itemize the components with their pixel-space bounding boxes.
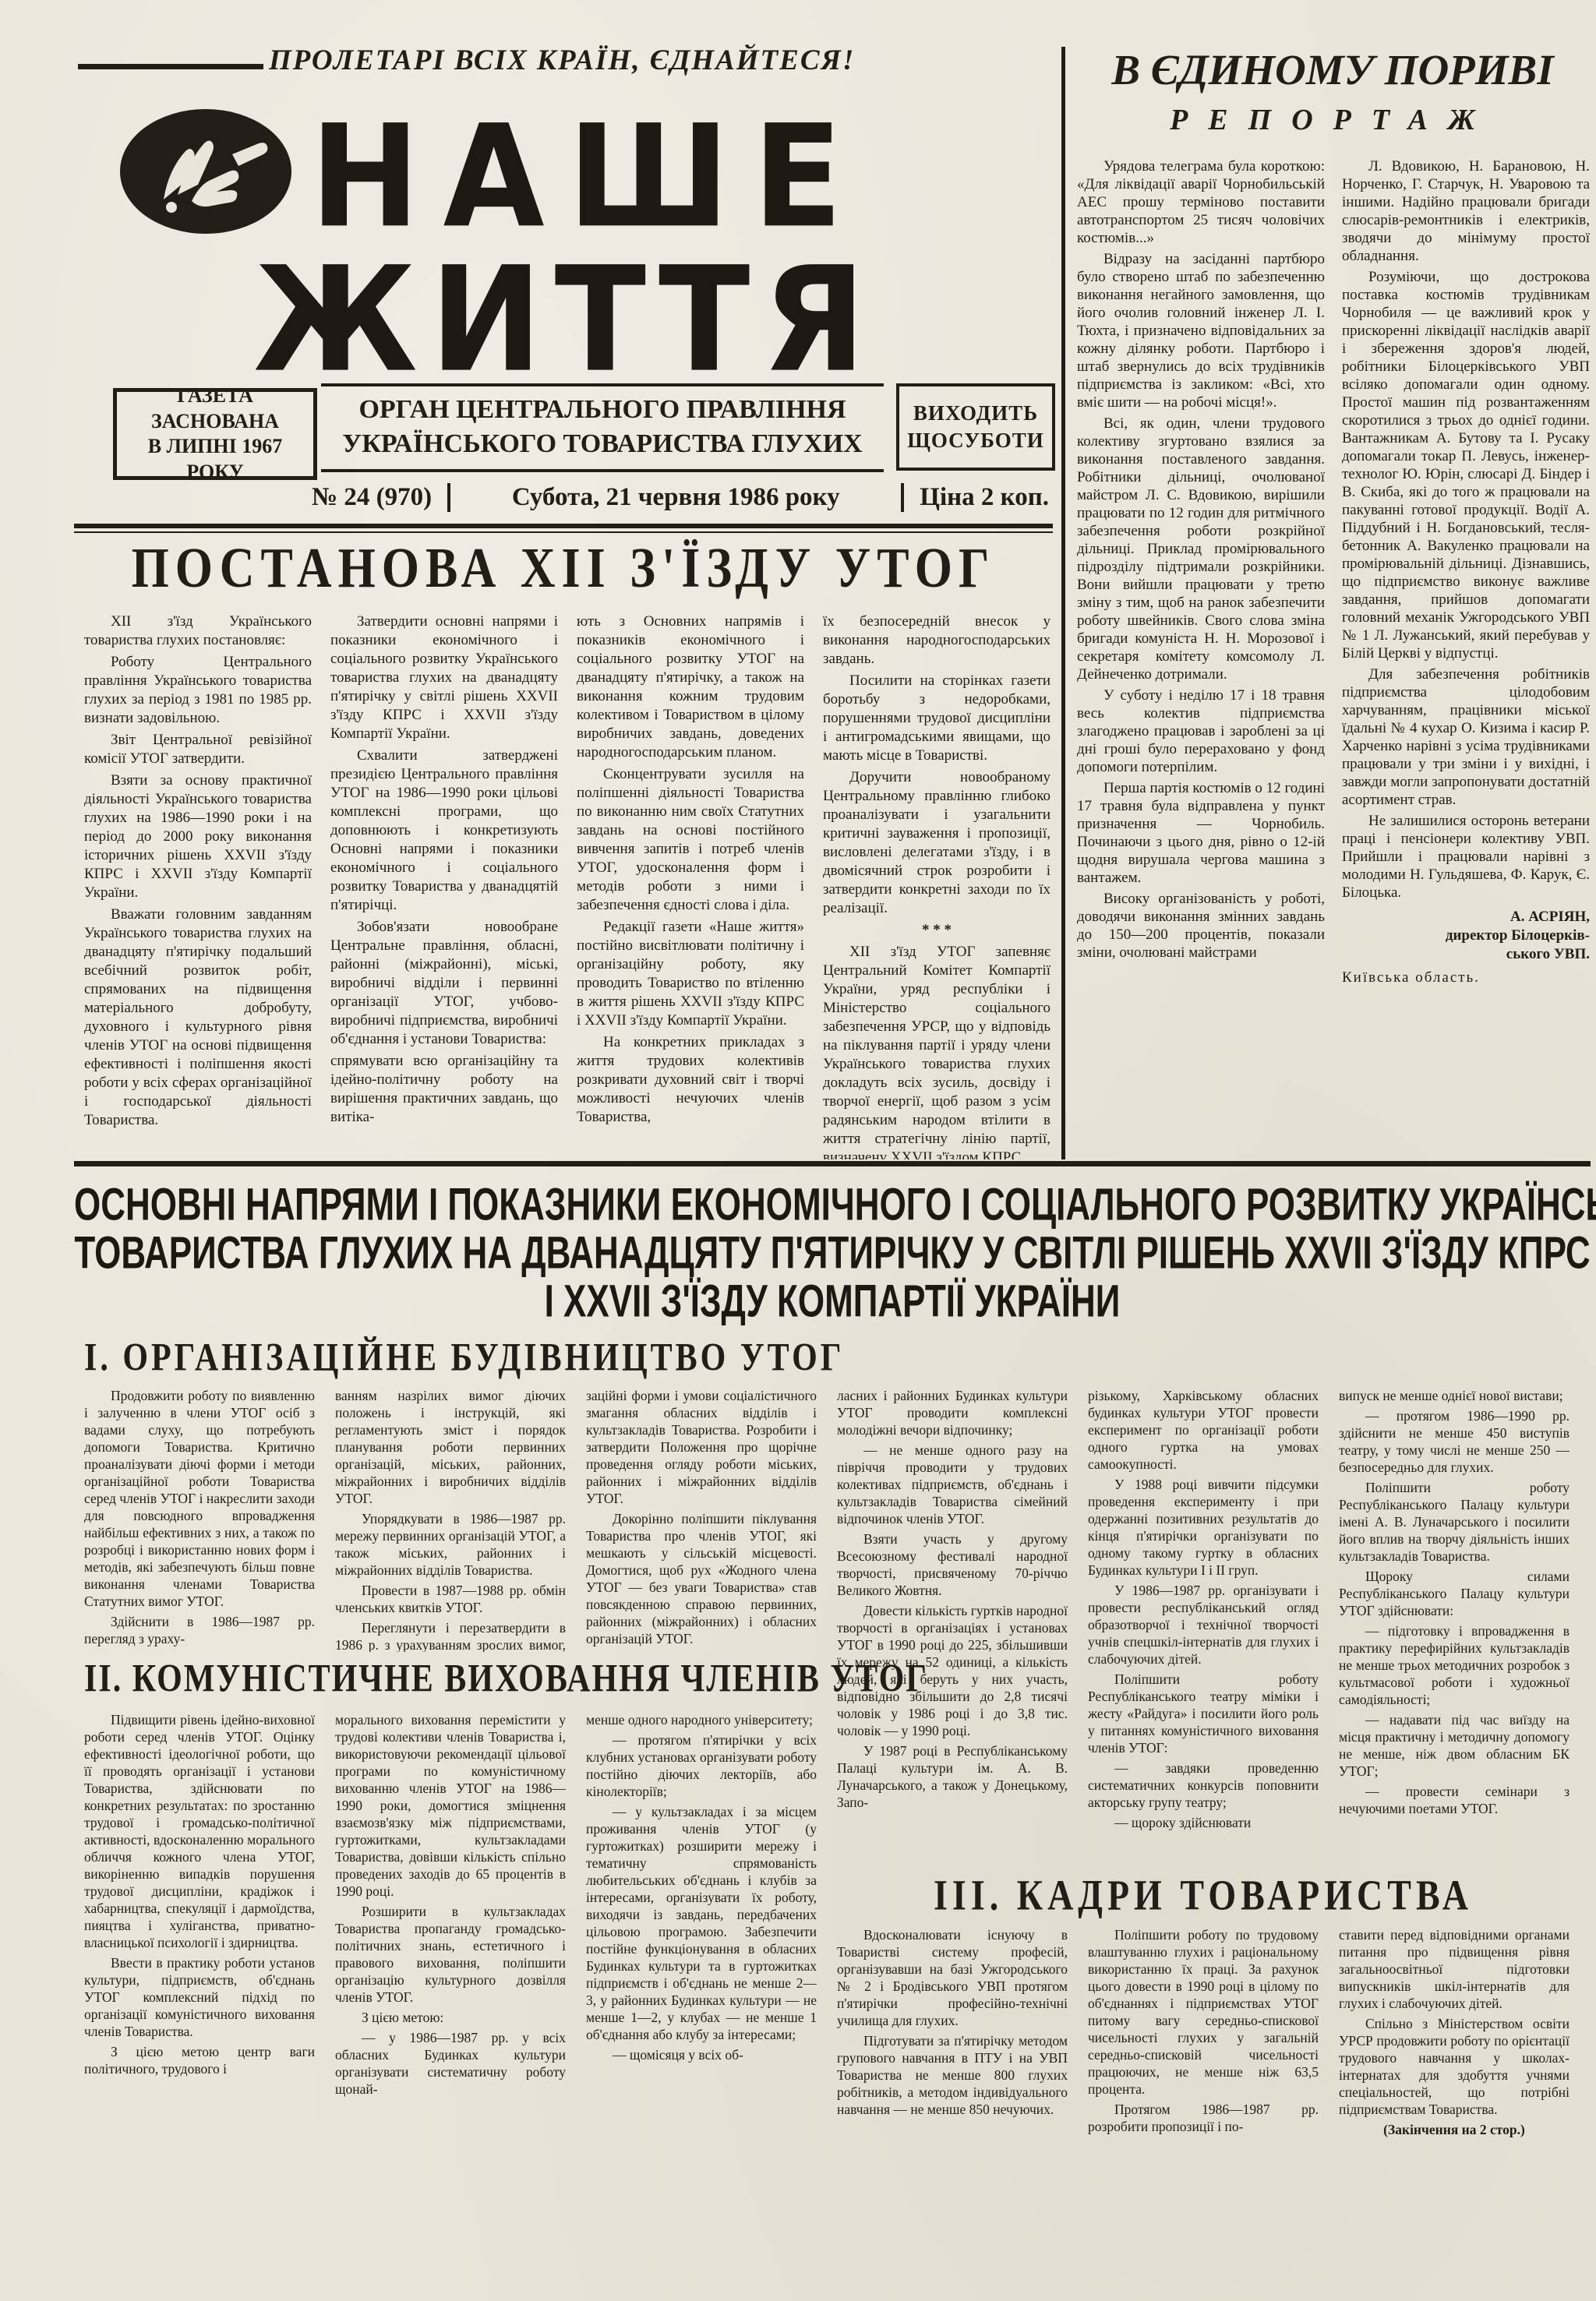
paragraph: * * *: [823, 921, 1050, 940]
paragraph: Поліпшити роботу Республіканського Палац…: [1339, 1479, 1570, 1565]
organ-lines: ОРГАН ЦЕНТРАЛЬНОГО ПРАВЛІННЯ УКРАЇНСЬКОГ…: [321, 383, 884, 472]
paragraph: Відразу на засіданні партбюро було створ…: [1077, 250, 1325, 411]
paragraph: морального виховання перемістити у трудо…: [335, 1711, 566, 1900]
paragraph: Упорядкувати в 1986—1987 рр. мережу перв…: [335, 1510, 566, 1579]
masthead-rule-thick: [74, 524, 1053, 528]
paragraph: Високу організованість у роботі, доводяч…: [1077, 890, 1325, 962]
founded-box: ГАЗЕТА ЗАСНОВАНА В ЛИПНІ 1967 РОКУ: [113, 388, 317, 480]
paragraph: Розширити в культзакладах Товариства про…: [335, 1903, 566, 2006]
article-column: Підвищити рівень ідейно-виховної роботи …: [84, 1711, 315, 2249]
paragraph: У 1986—1987 рр. організувати і провести …: [1088, 1582, 1319, 1668]
article-column: Л. Вдовикою, Н. Барановою, Н. Норченко, …: [1342, 157, 1590, 1142]
paragraph: заційні форми і умови соціалістичного зм…: [586, 1387, 817, 1507]
article-column: морального виховання перемістити у трудо…: [335, 1711, 566, 2249]
paragraph: У 1987 році в Республіканському Палаці к…: [837, 1742, 1068, 1811]
paragraph: Не залишилися осторонь ветерани праці і …: [1342, 812, 1590, 902]
lead-article-headline-text: ПОСТАНОВА XII З'ЇЗДУ УТОГ: [132, 536, 996, 602]
paragraph: — щомісяця у всіх об-: [586, 2046, 817, 2063]
paragraph: — у культзакладах і за місцем проживання…: [586, 1803, 817, 2043]
article-column: різькому, Харківському обласних будинках…: [1088, 1387, 1319, 1865]
article-column: ванням назрілих вимог діючих положень і …: [335, 1387, 566, 1652]
paragraph: Поліпшити роботу Республіканського театр…: [1088, 1671, 1319, 1756]
report-kicker: В ЄДИНОМУ ПОРИВІ: [1075, 45, 1590, 94]
paragraph: Підвищити рівень ідейно-виховної роботи …: [84, 1711, 315, 1951]
report-column2-text: Л. Вдовикою, Н. Барановою, Н. Норченко, …: [1342, 157, 1590, 902]
schedule-box: ВИХОДИТЬ ЩОСУБОТИ: [896, 383, 1055, 471]
article-column: Поліпшити роботу по трудовому влаштуванн…: [1088, 1926, 1319, 2250]
paragraph: Л. Вдовикою, Н. Барановою, Н. Норченко, …: [1342, 157, 1590, 265]
paragraph: Продовжити роботу по виявленню і залучен…: [84, 1387, 315, 1610]
schedule-line1: ВИХОДИТЬ: [899, 400, 1052, 427]
paragraph: Урядова телеграма була короткою: «Для лі…: [1077, 157, 1325, 247]
column-divider-rule: [1061, 47, 1065, 1159]
article-column: ласних і районних Будинках культури УТОГ…: [837, 1387, 1068, 1865]
paragraph: Взяти участь у другому Всесоюзному фести…: [837, 1530, 1068, 1599]
article-column: ють з Основних напрямів і показників еко…: [577, 612, 804, 1159]
paragraph: Сконцентрувати зусилля на поліпшенні дія…: [577, 765, 804, 915]
article-column: їх безпосередній внесок у виконання наро…: [823, 612, 1050, 1159]
paragraph: Доручити новообраному Центральному правл…: [823, 768, 1050, 918]
issue-date: Субота, 21 червня 1986 року: [450, 483, 901, 512]
founded-line1: ГАЗЕТА ЗАСНОВАНА: [117, 383, 313, 434]
paragraph: Взяти за основу практичної діяльності Ук…: [84, 771, 312, 902]
paragraph: — надавати під час виїзду на місця практ…: [1339, 1711, 1570, 1780]
paragraph: На конкретних прикладах з життя трудових…: [577, 1033, 804, 1127]
paragraph: XII з'їзд Українського товариства глухих…: [84, 612, 312, 650]
paragraph: ють з Основних напрямів і показників еко…: [577, 612, 804, 762]
paragraph: — щороку здійснювати: [1088, 1814, 1319, 1831]
paragraph: їх безпосередній внесок у виконання наро…: [823, 612, 1050, 669]
paragraph: Затвердити основні напрями і показники е…: [330, 612, 558, 743]
slogan-rule: [78, 64, 263, 69]
article-column: Урядова телеграма була короткою: «Для лі…: [1077, 157, 1325, 1142]
section-divider-rule: [74, 1161, 1591, 1166]
paragraph: ласних і районних Будинках культури УТОГ…: [837, 1387, 1068, 1438]
paragraph: Протягом 1986—1987 рр. розробити пропози…: [1088, 2101, 1319, 2135]
paragraph: Перша партія костюмів о 12 годині 17 тра…: [1077, 779, 1325, 887]
paragraph: Всі, як один, члени трудового колективу …: [1077, 415, 1325, 683]
masthead-title-line2: ЖИТТЯ: [79, 248, 1052, 393]
paragraph: Для забезпечення робітників підприємства…: [1342, 665, 1590, 809]
paragraph: — у 1986—1987 рр. у всіх обласних Будинк…: [335, 2029, 566, 2098]
paragraph: — підготовку і впровадження в практику п…: [1339, 1622, 1570, 1708]
article-column: менше одного народного університету;— пр…: [586, 1711, 817, 2249]
paragraph: — протягом п'ятирічки у всіх клубних уст…: [586, 1731, 817, 1800]
paragraph: Підготувати за п'ятирічку методом групов…: [837, 2032, 1068, 2118]
signature-role2: ського УВП.: [1342, 945, 1590, 964]
section2-heading: ІІ. КОМУНІСТИЧНЕ ВИХОВАННЯ ЧЛЕНІВ УТОГ: [84, 1657, 817, 1694]
paragraph: Переглянути і перезатвердити в 1986 р. з…: [335, 1619, 566, 1652]
paragraph: Зобов'язати новообране Центральне правлі…: [330, 918, 558, 1049]
paragraph: Вважати головним завданням Українського …: [84, 905, 312, 1130]
article-column: Продовжити роботу по виявленню і залучен…: [84, 1387, 315, 1652]
paragraph: ванням назрілих вимог діючих положень і …: [335, 1387, 566, 1507]
signature-name: А. АСРІЯН,: [1342, 908, 1590, 926]
article-column: випуск не менше однієї нової вистави;— п…: [1339, 1387, 1570, 1865]
slogan: ПРОЛЕТАРІ ВСІХ КРАЇН, ЄДНАЙТЕСЯ!: [269, 44, 900, 77]
paragraph: Звіт Центральної ревізійної комісії УТОГ…: [84, 731, 312, 768]
paragraph: Спільно з Міністерством освіти УРСР прод…: [1339, 2015, 1570, 2118]
article-column: ставити перед відповідними органами пита…: [1339, 1926, 1570, 2250]
report-genre: РЕПОРТАЖ: [1075, 103, 1590, 137]
founded-line2: В ЛИПНІ 1967 РОКУ: [117, 434, 313, 485]
lead-article-columns: XII з'їзд Українського товариства глухих…: [84, 612, 1050, 1159]
paragraph: Роботу Центрального правління Українсько…: [84, 653, 312, 728]
paragraph: різькому, Харківському обласних будинках…: [1088, 1387, 1319, 1473]
paragraph: — завдяки проведенню систематичних конку…: [1088, 1759, 1319, 1811]
issue-number: № 24 (970): [312, 483, 450, 512]
section1-heading: І. ОРГАНІЗАЦІЙНЕ БУДІВНИЦТВО УТОГ: [84, 1336, 817, 1373]
paragraph: Поліпшити роботу по трудовому влаштуванн…: [1088, 1926, 1319, 2098]
masthead-logo: [117, 108, 295, 240]
article-column: Вдосконалювати існуючу в Товаристві сист…: [837, 1926, 1068, 2250]
paragraph: XII з'їзд УТОГ запевняє Центральний Комі…: [823, 943, 1050, 1159]
section2-heading-text: ІІ. КОМУНІСТИЧНЕ ВИХОВАННЯ ЧЛЕНІВ УТОГ: [84, 1657, 928, 1702]
paragraph: — провести семінари з нечуючими поетами …: [1339, 1783, 1570, 1817]
masthead-title-line1: НАШЕ: [310, 106, 866, 247]
report-columns: Урядова телеграма була короткою: «Для лі…: [1077, 157, 1590, 1142]
issue-price: Ціна 2 коп.: [901, 483, 1049, 512]
paragraph: Посилити на сторінках газети боротьбу з …: [823, 672, 1050, 765]
section3-heading: ІІІ. КАДРИ ТОВАРИСТВА: [837, 1870, 1570, 1911]
section2-columns-right: ласних і районних Будинках культури УТОГ…: [837, 1387, 1570, 1865]
paragraph: Схвалити затверджені президією Центральн…: [330, 746, 558, 915]
section2-columns-left: Підвищити рівень ідейно-виховної роботи …: [84, 1711, 817, 2249]
schedule-line2: ЩОСУБОТИ: [899, 427, 1052, 454]
article-column: XII з'їзд Українського товариства глухих…: [84, 612, 312, 1159]
report-signature: А. АСРІЯН, директор Білоцерків- ського У…: [1342, 908, 1590, 987]
organ-line1: ОРГАН ЦЕНТРАЛЬНОГО ПРАВЛІННЯ: [321, 393, 884, 427]
paragraph: З цією метою:: [335, 2009, 566, 2026]
paragraph: спрямувати всю організаційну та ідейно-п…: [330, 1052, 558, 1127]
lead-article-headline: ПОСТАНОВА XII З'ЇЗДУ УТОГ: [74, 536, 1053, 591]
masthead-rule-thin: [74, 531, 1053, 533]
article-column: Затвердити основні напрями і показники е…: [330, 612, 558, 1159]
signature-place: Київська область.: [1342, 969, 1590, 987]
paragraph: Вдосконалювати існуючу в Товаристві сист…: [837, 1926, 1068, 2029]
banner-line3: І XXVII З'ЇЗДУ КОМПАРТІЇ УКРАЇНИ: [545, 1270, 1121, 1334]
newspaper-front-page: ПРОЛЕТАРІ ВСІХ КРАЇН, ЄДНАЙТЕСЯ! НАШЕ ЖИ…: [0, 0, 1596, 2301]
section3-columns: Вдосконалювати існуючу в Товаристві сист…: [837, 1926, 1570, 2250]
paragraph: — протягом 1986—1990 рр. здійснити не ме…: [1339, 1407, 1570, 1476]
issue-bar: № 24 (970) Субота, 21 червня 1986 року Ц…: [312, 483, 1049, 512]
paragraph: Щороку силами Республіканського Палацу к…: [1339, 1568, 1570, 1619]
paragraph: менше одного народного університету;: [586, 1711, 817, 1728]
paragraph: Редакції газети «Наше життя» постійно ви…: [577, 918, 804, 1030]
paragraph: Провести в 1987—1988 рр. обмін членських…: [335, 1582, 566, 1616]
resolution-banner-headline: ОСНОВНІ НАПРЯМИ І ПОКАЗНИКИ ЕКОНОМІЧНОГО…: [74, 1181, 1591, 1326]
paragraph: У суботу і неділю 17 і 18 травня весь ко…: [1077, 686, 1325, 776]
paragraph: У 1988 році вивчити підсумки проведення …: [1088, 1476, 1319, 1579]
paragraph: — не менше одного разу на півріччя прово…: [837, 1442, 1068, 1527]
paragraph: З цією метою центр ваги політичного, тру…: [84, 2043, 315, 2077]
section1-columns: Продовжити роботу по виявленню і залучен…: [84, 1387, 817, 1652]
paragraph: ставити перед відповідними органами пита…: [1339, 1926, 1570, 2012]
article-column: заційні форми і умови соціалістичного зм…: [586, 1387, 817, 1652]
paragraph: Ввести в практику роботи установ культур…: [84, 1954, 315, 2040]
paragraph: (Закінчення на 2 стор.): [1339, 2121, 1570, 2138]
organ-line2: УКРАЇНСЬКОГО ТОВАРИСТВА ГЛУХИХ: [321, 427, 884, 461]
paragraph: Здійснити в 1986—1987 рр. перегляд з ура…: [84, 1613, 315, 1647]
signature-role1: директор Білоцерків-: [1342, 926, 1590, 945]
paragraph: випуск не менше однієї нової вистави;: [1339, 1387, 1570, 1404]
paragraph: Розуміючи, що дострокова поставка костюм…: [1342, 268, 1590, 662]
paragraph: Довести кількість гуртків народної творч…: [837, 1602, 1068, 1739]
section3-heading-text: ІІІ. КАДРИ ТОВАРИСТВА: [934, 1870, 1473, 1920]
paragraph: Докорінно поліпшити піклування Товариств…: [586, 1510, 817, 1647]
section1-heading-text: І. ОРГАНІЗАЦІЙНЕ БУДІВНИЦТВО УТОГ: [84, 1336, 845, 1381]
